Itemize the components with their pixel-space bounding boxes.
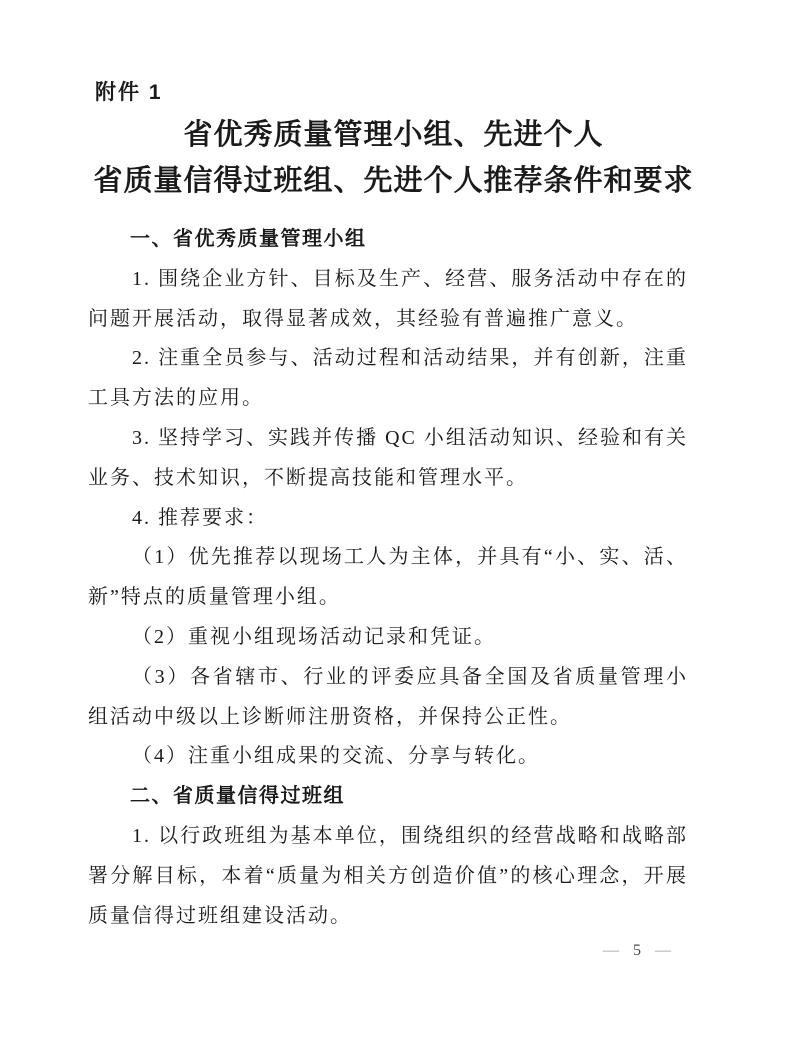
document-page: 附件 1 省优秀质量管理小组、先进个人 省质量信得过班组、先进个人推荐条件和要求… — [0, 0, 787, 1058]
section-2-paragraph-1: 1. 以行政班组为基本单位，围绕组织的经营战略和战略部署分解目标，本着“质量为相… — [88, 817, 688, 936]
section-1-paragraph-1: 1. 围绕企业方针、目标及生产、经营、服务活动中存在的问题开展活动，取得显著成效… — [88, 260, 688, 340]
document-title: 省优秀质量管理小组、先进个人 省质量信得过班组、先进个人推荐条件和要求 — [0, 112, 787, 204]
attachment-label: 附件 1 — [95, 76, 163, 106]
page-number: 5 — [633, 942, 641, 959]
section-1-paragraph-8: （4）注重小组成果的交流、分享与转化。 — [88, 737, 688, 777]
section-1-paragraph-6: （2）重视小组现场活动记录和凭证。 — [88, 618, 688, 658]
document-title-line-1: 省优秀质量管理小组、先进个人 — [183, 119, 603, 151]
document-title-line-2: 省质量信得过班组、先进个人推荐条件和要求 — [93, 165, 693, 197]
page-footer: —5— — [603, 942, 671, 960]
section-1-paragraph-5: （1）优先推荐以现场工人为主体，并具有“小、实、活、新”特点的质量管理小组。 — [88, 538, 688, 618]
section-1-paragraph-4: 4. 推荐要求： — [88, 499, 688, 539]
section-1-paragraph-3: 3. 坚持学习、实践并传播 QC 小组活动知识、经验和有关业务、技术知识，不断提… — [88, 419, 688, 499]
document-body: 一、省优秀质量管理小组 1. 围绕企业方针、目标及生产、经营、服务活动中存在的问… — [88, 220, 688, 936]
section-1-paragraph-2: 2. 注重全员参与、活动过程和活动结果，并有创新，注重工具方法的应用。 — [88, 339, 688, 419]
footer-dash-right: — — [655, 942, 671, 959]
section-2-heading: 二、省质量信得过班组 — [88, 777, 688, 817]
section-1-paragraph-7: （3）各省辖市、行业的评委应具备全国及省质量管理小组活动中级以上诊断师注册资格，… — [88, 658, 688, 738]
footer-dash-left: — — [603, 942, 619, 959]
section-1-heading: 一、省优秀质量管理小组 — [88, 220, 688, 260]
